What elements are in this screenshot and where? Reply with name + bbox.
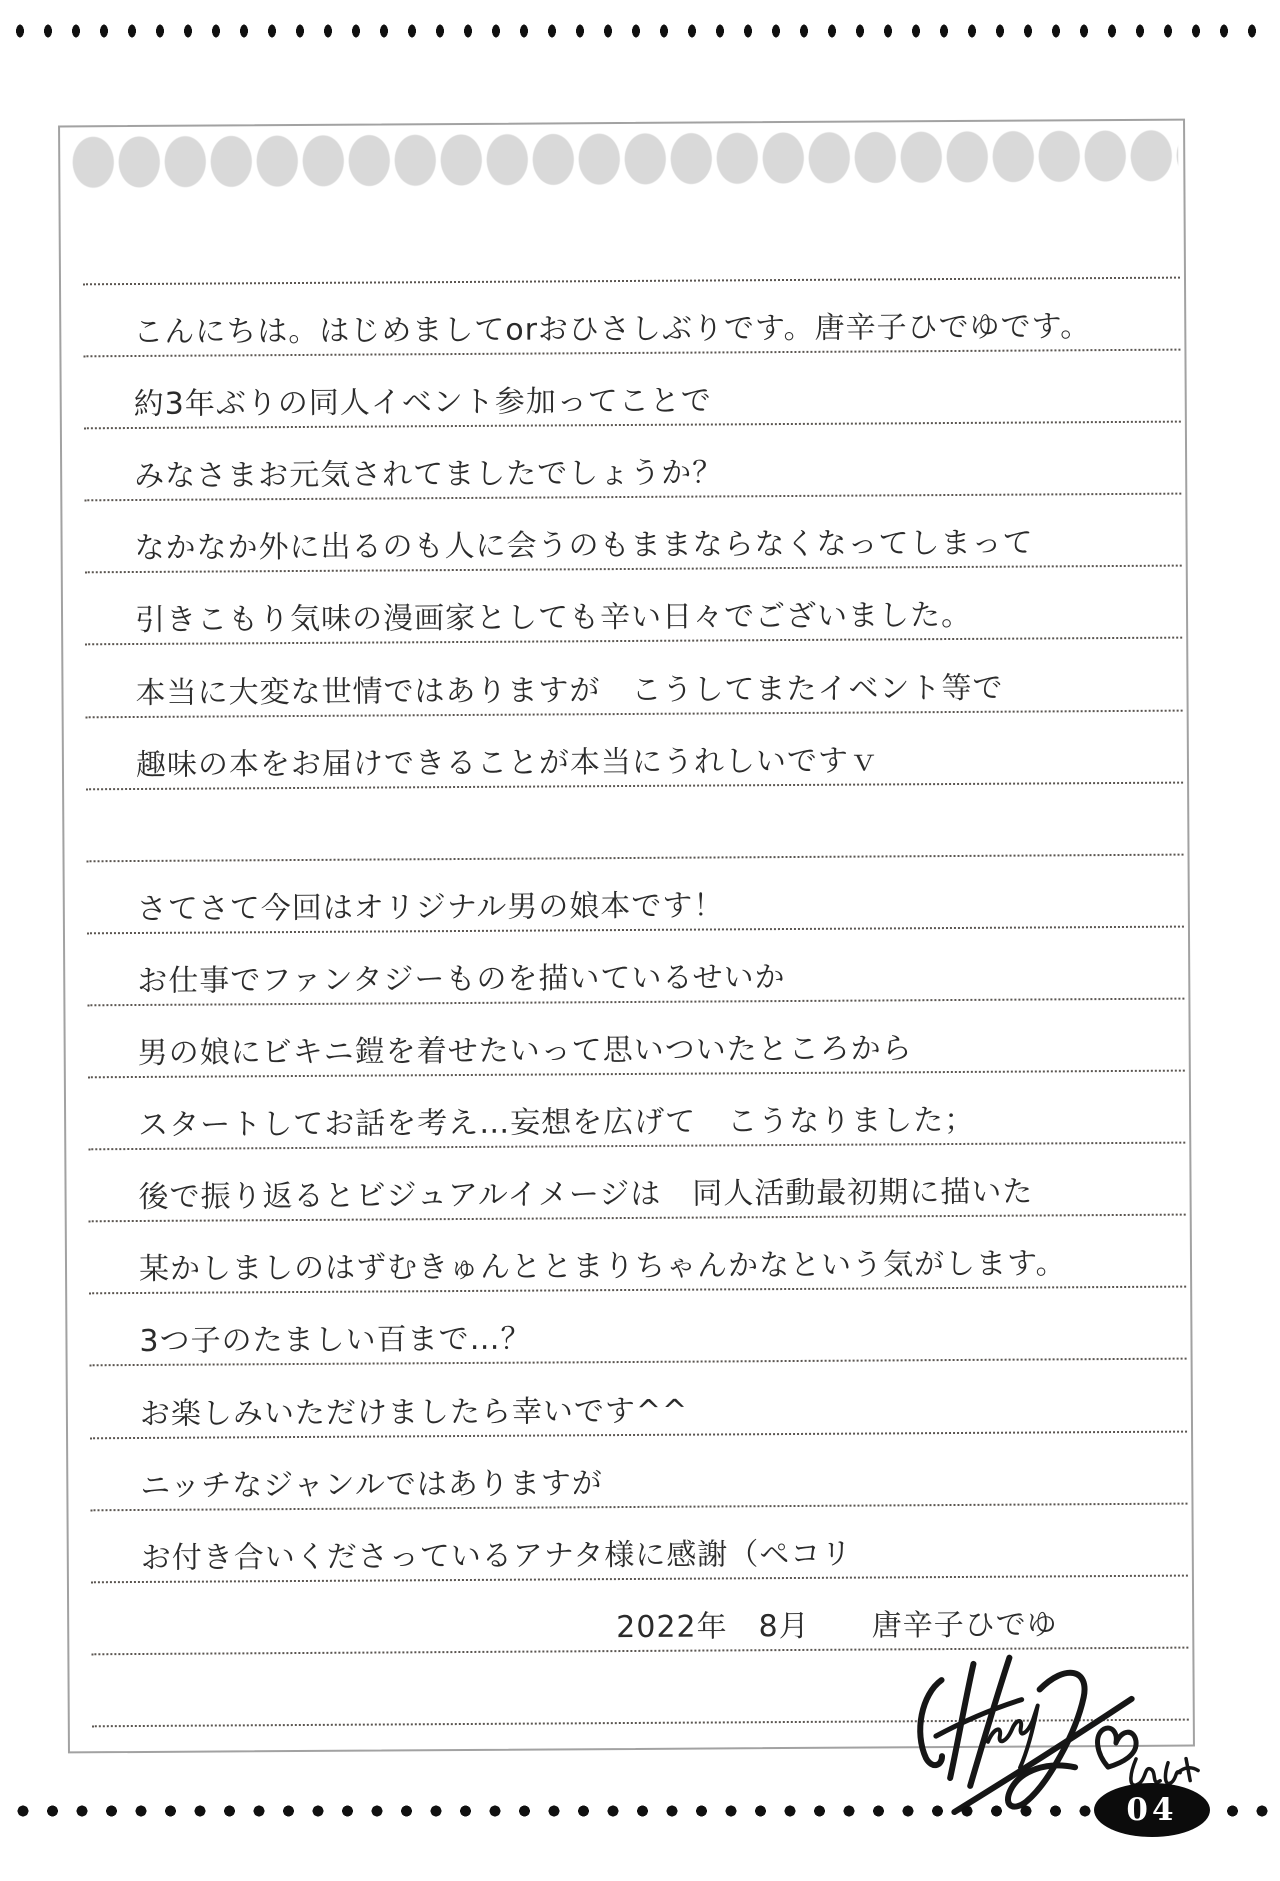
letter-line: お楽しみいただけましたら幸いです^^: [90, 1360, 1187, 1439]
letter-line: 某かしましのはずむきゅんととまりちゃんかなという気がします。: [89, 1216, 1186, 1295]
signature-stroke: [969, 1658, 1010, 1786]
afterword-sheet: こんにちは。はじめましてorおひさしぶりです。唐辛子ひでゆです。 約3年ぶりの同…: [58, 119, 1195, 1754]
letter-line: 男の娘にビキニ鎧を着せたいって思いついたところから: [87, 1000, 1184, 1079]
letter-line: お仕事でファンタジーものを描いているせいか: [87, 927, 1184, 1006]
letter-line: なかなか外に出るのも人に会うのもままならなくなってしまって: [84, 495, 1181, 574]
signature-stroke: [920, 1680, 942, 1765]
letter-body: こんにちは。はじめましてorおひさしぶりです。唐辛子ひでゆです。 約3年ぶりの同…: [83, 277, 1189, 1728]
top-dots-border: [6, 22, 1274, 40]
letter-line: 後で振り返るとビジュアルイメージは 同人活動最初期に描いた: [88, 1144, 1185, 1223]
signature-stroke: [936, 1700, 1022, 1737]
signature-stroke: [988, 1706, 1038, 1768]
letter-line: 約3年ぶりの同人イベント参加ってことで: [83, 351, 1180, 430]
halftone-circles-row: [70, 129, 1178, 190]
signature-scribble: [1131, 1759, 1198, 1786]
letter-line: 引きこもり気味の漫画家としても辛い日々でございました。: [85, 567, 1182, 646]
page-number: 04: [1126, 1792, 1177, 1828]
letter-line: ニッチなジャンルではありますが: [90, 1432, 1187, 1511]
date-line: 2022年 8月 唐辛子ひでゆ: [91, 1576, 1188, 1655]
letter-line: スタートしてお話を考え…妄想を広げて こうなりました；: [88, 1072, 1185, 1151]
letter-line: 本当に大変な世情ではありますが こうしてまたイベント等で: [85, 639, 1182, 718]
letter-line-blank: [86, 783, 1183, 862]
heart-icon: [1097, 1728, 1136, 1767]
bottom-dots-border: [8, 1803, 1272, 1819]
letter-line: こんにちは。はじめましてorおひさしぶりです。唐辛子ひでゆです。: [83, 279, 1180, 358]
letter-line: 趣味の本をお届けできることが本当にうれしいですｖ: [86, 711, 1183, 790]
page-number-badge: 04: [1094, 1783, 1210, 1837]
letter-line: さてさて今回はオリジナル男の娘本です！: [87, 855, 1184, 934]
letter-line: お付き合いくださっているアナタ様に感謝（ペコリ: [91, 1504, 1188, 1583]
letter-line: みなさまお元気されてましたでしょうか？: [84, 423, 1181, 502]
letter-line: 3つ子のたましい百まで…？: [89, 1288, 1186, 1367]
